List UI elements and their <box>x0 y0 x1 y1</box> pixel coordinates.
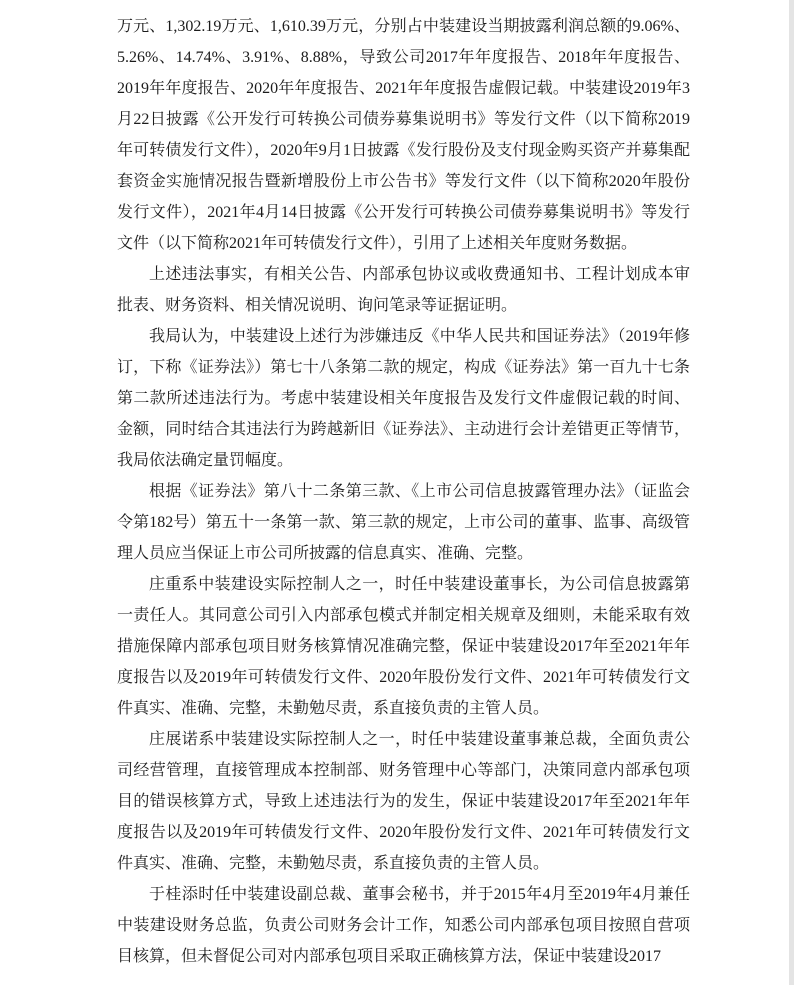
page-edge-strip <box>789 0 794 985</box>
paragraph: 根据《证券法》第八十二条第三款、《上市公司信息披露管理办法》（证监会令第182号… <box>117 476 690 569</box>
document-page: 万元、1,302.19万元、1,610.39万元，分别占中装建设当期披露利润总额… <box>0 0 794 985</box>
paragraph: 上述违法事实，有相关公告、内部承包协议或收费通知书、工程计划成本审批表、财务资料… <box>117 259 690 321</box>
paragraph: 于桂添时任中装建设副总裁、董事会秘书，并于2015年4月至2019年4月兼任中装… <box>117 879 690 972</box>
paragraph: 庄展诺系中装建设实际控制人之一，时任中装建设董事兼总裁，全面负责公司经营管理，直… <box>117 724 690 879</box>
paragraph: 庄重系中装建设实际控制人之一，时任中装建设董事长，为公司信息披露第一责任人。其同… <box>117 569 690 724</box>
document-body: 万元、1,302.19万元、1,610.39万元，分别占中装建设当期披露利润总额… <box>117 11 690 972</box>
paragraph: 万元、1,302.19万元、1,610.39万元，分别占中装建设当期披露利润总额… <box>117 11 690 259</box>
paragraph: 我局认为，中装建设上述行为涉嫌违反《中华人民共和国证券法》（2019年修订，下称… <box>117 321 690 476</box>
